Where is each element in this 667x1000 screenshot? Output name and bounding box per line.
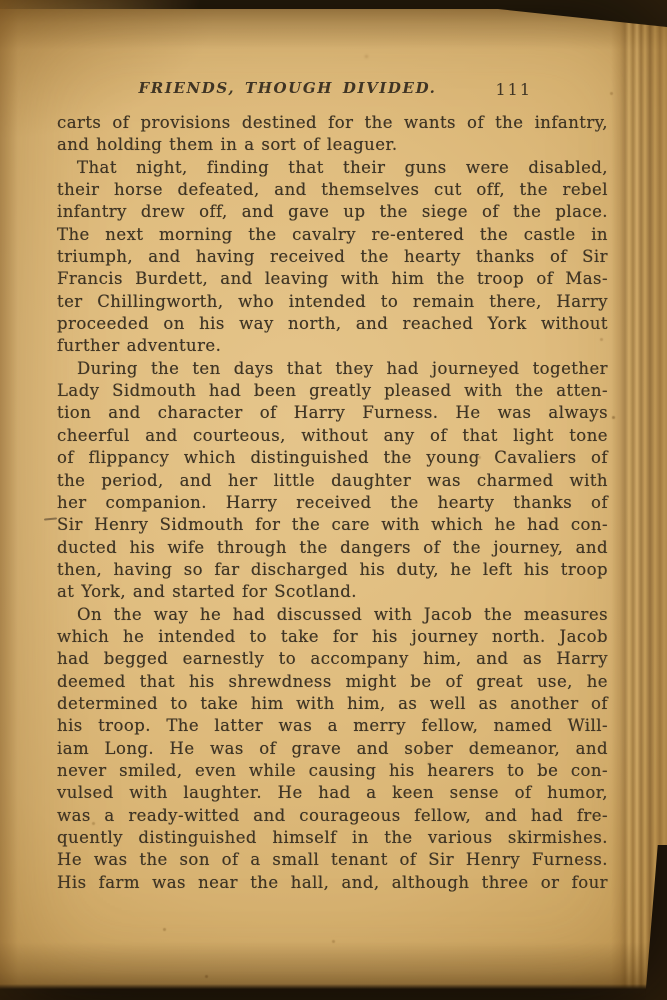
text-line: The next morning the cavalry re-entered …	[57, 224, 608, 246]
text-line: had begged earnestly to accompany him, a…	[57, 648, 608, 670]
text-line: of flippancy which distinguished the you…	[57, 447, 608, 469]
text-line: ducted his wife through the dangers of t…	[57, 537, 608, 559]
header-title: FRIENDS, THOUGH DIVIDED.	[12, 79, 563, 97]
text-line: quently distinguished himself in the var…	[57, 827, 608, 849]
text-line: His farm was near the hall, and, althoug…	[57, 872, 608, 894]
text-line: which he intended to take for his journe…	[57, 626, 608, 648]
text-line: the period, and her little daughter was …	[57, 470, 608, 492]
left-edge-shading	[0, 0, 18, 1000]
text-line: Sir Henry Sidmouth for the care with whi…	[57, 514, 608, 536]
text-line: That night, finding that their guns were…	[57, 157, 608, 179]
text-line: her companion. Harry received the hearty…	[57, 492, 608, 514]
running-header: FRIENDS, THOUGH DIVIDED. 111	[57, 79, 608, 103]
text-line: then, having so far discharged his duty,…	[57, 559, 608, 581]
text-line: On the way he had discussed with Jacob t…	[57, 604, 608, 626]
text-line: proceeded on his way north, and reached …	[57, 313, 608, 335]
text-line: vulsed with laughter. He had a keen sens…	[57, 782, 608, 804]
text-line: carts of provisions destined for the wan…	[57, 112, 608, 134]
bottom-black-edge	[0, 984, 667, 1000]
text-block: carts of provisions destined for the wan…	[57, 112, 608, 894]
text-line: determined to take him with him, as well…	[57, 693, 608, 715]
text-line: his troop. The latter was a merry fellow…	[57, 715, 608, 737]
text-line: and holding them in a sort of leaguer.	[57, 134, 608, 156]
text-line: He was the son of a small tenant of Sir …	[57, 849, 608, 871]
text-line: at York, and started for Scotland.	[57, 581, 608, 603]
text-line: Lady Sidmouth had been greatly pleased w…	[57, 380, 608, 402]
margin-pencil-dash	[44, 517, 57, 520]
text-line: further adventure.	[57, 335, 608, 357]
text-line: tion and character of Harry Furness. He …	[57, 402, 608, 424]
text-line: triumph, and having received the hearty …	[57, 246, 608, 268]
text-line: was a ready-witted and courageous fellow…	[57, 805, 608, 827]
text-line: During the ten days that they had journe…	[57, 358, 608, 380]
text-line: never smiled, even while causing his hea…	[57, 760, 608, 782]
text-line: iam Long. He was of grave and sober deme…	[57, 738, 608, 760]
text-line: deemed that his shrewdness might be of g…	[57, 671, 608, 693]
text-line: Francis Burdett, and leaving with him th…	[57, 268, 608, 290]
text-line: cheerful and courteous, without any of t…	[57, 425, 608, 447]
text-line: their horse defeated, and themselves cut…	[57, 179, 608, 201]
text-line: ter Chillingworth, who intended to remai…	[57, 291, 608, 313]
book-page-scan: FRIENDS, THOUGH DIVIDED. 111 carts of pr…	[0, 0, 667, 1000]
text-line: infantry drew off, and gave up the siege…	[57, 201, 608, 223]
stacked-page-edges	[611, 6, 667, 992]
page-number: 111	[495, 80, 532, 99]
